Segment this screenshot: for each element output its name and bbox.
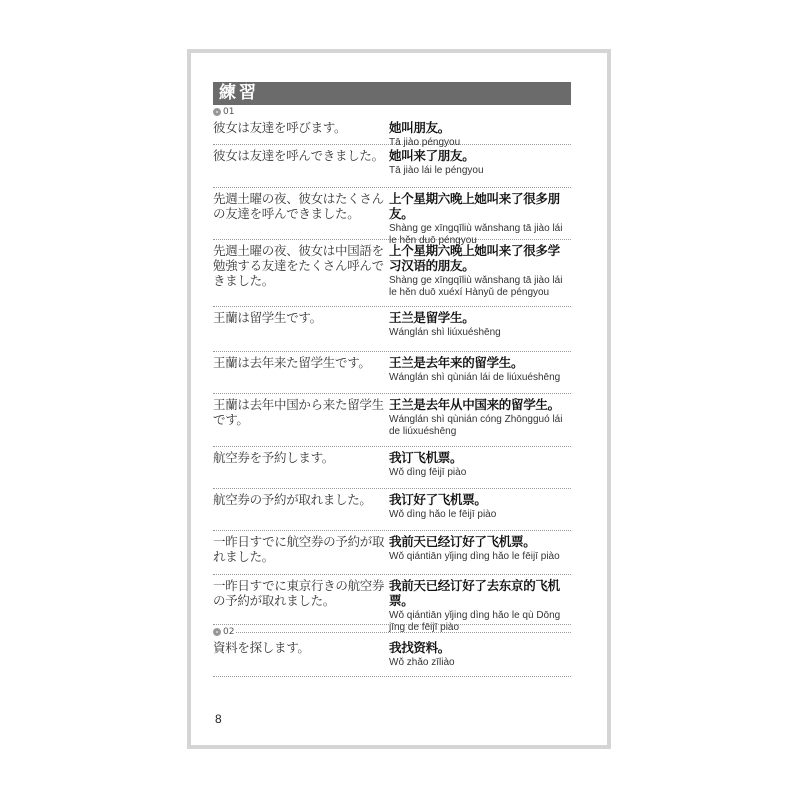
sentence-row: 航空券を予約します。我订飞机票。Wǒ dìng fēijī piào (213, 447, 571, 489)
sentence-row: 王蘭は去年中国から来た留学生です。王兰是去年从中国来的留学生。Wánglán s… (213, 394, 571, 447)
sentence-row: 王蘭は去年来た留学生です。王兰是去年来的留学生。Wánglán shì qùni… (213, 352, 571, 394)
chinese-sentence: 上个星期六晚上她叫来了很多朋友。 (389, 191, 571, 221)
section-header: 練習 (213, 82, 571, 105)
japanese-sentence: 航空券の予約が取れました。 (213, 489, 389, 530)
sentence-row: 一昨日すでに東京行きの航空券の予約が取れました。我前天已经订好了去东京的飞机票。… (213, 575, 571, 625)
chinese-column: 我订好了飞机票。Wǒ dìng hǎo le fēijī piào (389, 489, 571, 530)
chinese-column: 上个星期六晚上她叫来了很多朋友。Shàng ge xīngqīliù wǎnsh… (389, 188, 571, 239)
pinyin: Wánglán shì qùnián cóng Zhōngguó lái de … (389, 414, 571, 438)
sentence-row: 一昨日すでに航空券の予約が取れました。我前天已经订好了飞机票。Wǒ qiánti… (213, 531, 571, 575)
pinyin: Wánglán shì qùnián lái de liúxuéshēng (389, 372, 571, 384)
chinese-column: 我订飞机票。Wǒ dìng fēijī piào (389, 447, 571, 488)
sentence-row: 航空券の予約が取れました。我订好了飞机票。Wǒ dìng hǎo le fēij… (213, 489, 571, 531)
audio-track-marker: 01 (213, 106, 571, 117)
sentence-row: 王蘭は留学生です。王兰是留学生。Wánglán shì liúxuéshēng (213, 307, 571, 352)
chinese-column: 我找资料。Wǒ zhǎo zīliào (389, 637, 571, 676)
sentence-row: 資料を探します。我找资料。Wǒ zhǎo zīliào (213, 637, 571, 677)
chinese-column: 上个星期六晚上她叫来了很多学习汉语的朋友。Shàng ge xīngqīliù … (389, 240, 571, 306)
japanese-sentence: 王蘭は去年中国から来た留学生です。 (213, 394, 389, 446)
japanese-sentence: 彼女は友達を呼びます。 (213, 117, 389, 144)
japanese-sentence: 王蘭は留学生です。 (213, 307, 389, 351)
pinyin: Tā jiào lái le péngyou (389, 165, 571, 177)
chinese-sentence: 王兰是去年来的留学生。 (389, 355, 571, 370)
pinyin: Wǒ qiántiān yǐjing dìng hǎo le fēijī pià… (389, 551, 571, 563)
japanese-sentence: 先週土曜の夜、彼女は中国語を勉強する友達をたくさん呼んできました。 (213, 240, 389, 306)
chinese-sentence: 王兰是留学生。 (389, 310, 571, 325)
japanese-sentence: 先週土曜の夜、彼女はたくさんの友達を呼んできました。 (213, 188, 389, 239)
chinese-column: 王兰是去年来的留学生。Wánglán shì qùnián lái de liú… (389, 352, 571, 393)
pinyin: Wánglán shì liúxuéshēng (389, 327, 571, 339)
chinese-column: 她叫来了朋友。Tā jiào lái le péngyou (389, 145, 571, 187)
pinyin: Wǒ zhǎo zīliào (389, 657, 571, 669)
sentence-row: 先週土曜の夜、彼女はたくさんの友達を呼んできました。上个星期六晚上她叫来了很多朋… (213, 188, 571, 240)
track-number: 01 (223, 107, 234, 117)
chinese-sentence: 我订好了飞机票。 (389, 492, 571, 507)
chinese-column: 我前天已经订好了去东京的飞机票。Wǒ qiántiān yǐjing dìng … (389, 575, 571, 624)
chinese-sentence: 我找资料。 (389, 640, 571, 655)
chinese-sentence: 她叫朋友。 (389, 120, 571, 135)
japanese-sentence: 彼女は友達を呼んできました。 (213, 145, 389, 187)
sentence-row: 彼女は友達を呼びます。她叫朋友。Tā jiào péngyou (213, 117, 571, 145)
sentence-row: 先週土曜の夜、彼女は中国語を勉強する友達をたくさん呼んできました。上个星期六晚上… (213, 240, 571, 307)
page-number: 8 (215, 712, 222, 726)
pinyin: Wǒ qiántiān yǐjing dìng hǎo le qù Dōng j… (389, 610, 571, 634)
chinese-sentence: 她叫来了朋友。 (389, 148, 571, 163)
chinese-column: 王兰是去年从中国来的留学生。Wánglán shì qùnián cóng Zh… (389, 394, 571, 446)
chinese-column: 王兰是留学生。Wánglán shì liúxuéshēng (389, 307, 571, 351)
track-number: 02 (223, 627, 234, 637)
japanese-sentence: 航空券を予約します。 (213, 447, 389, 488)
chinese-column: 她叫朋友。Tā jiào péngyou (389, 117, 571, 144)
exercise-list: 01彼女は友達を呼びます。她叫朋友。Tā jiào péngyou彼女は友達を呼… (213, 106, 571, 677)
audio-disc-icon (213, 108, 221, 116)
chinese-sentence: 我前天已经订好了去东京的飞机票。 (389, 578, 571, 608)
japanese-sentence: 資料を探します。 (213, 637, 389, 676)
page-content: 練習 01彼女は友達を呼びます。她叫朋友。Tā jiào péngyou彼女は友… (213, 82, 571, 677)
chinese-column: 我前天已经订好了飞机票。Wǒ qiántiān yǐjing dìng hǎo … (389, 531, 571, 574)
pinyin: Wǒ dìng hǎo le fēijī piào (389, 509, 571, 521)
chinese-sentence: 我前天已经订好了飞机票。 (389, 534, 571, 549)
dotted-divider (236, 632, 571, 633)
audio-disc-icon (213, 628, 221, 636)
japanese-sentence: 一昨日すでに航空券の予約が取れました。 (213, 531, 389, 574)
pinyin: Wǒ dìng fēijī piào (389, 467, 571, 479)
pinyin: Shàng ge xīngqīliù wǎnshang tā jiào lái … (389, 275, 571, 299)
chinese-sentence: 上个星期六晚上她叫来了很多学习汉语的朋友。 (389, 243, 571, 273)
chinese-sentence: 我订飞机票。 (389, 450, 571, 465)
japanese-sentence: 一昨日すでに東京行きの航空券の予約が取れました。 (213, 575, 389, 624)
sentence-row: 彼女は友達を呼んできました。她叫来了朋友。Tā jiào lái le péng… (213, 145, 571, 188)
japanese-sentence: 王蘭は去年来た留学生です。 (213, 352, 389, 393)
chinese-sentence: 王兰是去年从中国来的留学生。 (389, 397, 571, 412)
